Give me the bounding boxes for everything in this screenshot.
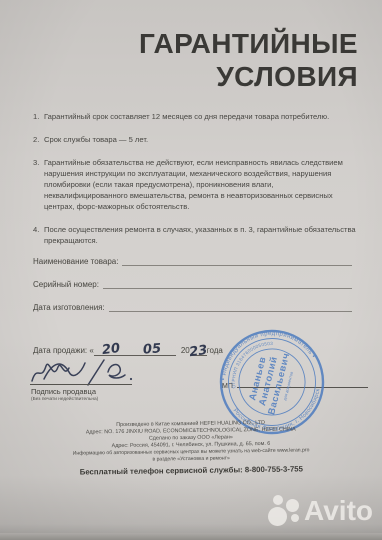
manufacturer-info: Произведено в Китае компанией HEFEI HUAL… (8, 418, 375, 477)
term-text: Гарантийные обязательства не действуют, … (44, 157, 359, 212)
avito-watermark: Avito (268, 494, 373, 527)
term-item-4: 4. После осуществления ремонта в случаях… (33, 224, 359, 246)
avito-logo-icon (268, 494, 301, 527)
avito-watermark-text: Avito (304, 497, 373, 525)
handwritten-year: 23 (189, 345, 209, 359)
title-line-2: УСЛОВИЯ (40, 60, 358, 93)
warranty-terms-list: 1. Гарантийный срок составляет 12 месяце… (33, 111, 359, 258)
term-number: 2. (33, 134, 44, 145)
paper-bottom-edge (0, 533, 382, 540)
signature-note: (Без печати недействительна) (31, 397, 98, 402)
blank-line (103, 280, 352, 289)
field-sale-date: Дата продажи: « 20 05 20 23 года (33, 340, 223, 356)
handwritten-month: 05 (142, 343, 161, 356)
term-text: После осуществления ремонта в случаях, у… (44, 224, 359, 246)
term-text: Срок службы товара — 5 лет. (44, 134, 359, 145)
field-product-name: Наименование товара: (33, 257, 352, 266)
field-label: Дата изготовления: (33, 303, 105, 312)
blank-line (109, 303, 352, 312)
handwritten-day: 20 (101, 343, 120, 357)
signature-line (30, 384, 132, 385)
page-title: ГАРАНТИЙНЫЕ УСЛОВИЯ (40, 27, 358, 93)
term-item-2: 2. Срок службы товара — 5 лет. (33, 134, 359, 145)
term-number: 1. (33, 111, 44, 122)
sale-date-label: Дата продажи: « (33, 346, 94, 356)
field-manufacture-date: Дата изготовления: (33, 303, 352, 312)
sale-date-month-blank: 05 (128, 343, 176, 356)
sale-date-year-blank: 23 (190, 343, 207, 356)
term-text: Гарантийный срок составляет 12 месяцев с… (44, 111, 359, 122)
term-number: 4. (33, 224, 44, 246)
warranty-document-photo: ГАРАНТИЙНЫЕ УСЛОВИЯ 1. Гарантийный срок … (0, 0, 382, 540)
signature-label: Подпись продавца (31, 387, 96, 396)
blank-line (122, 257, 352, 266)
field-label: Наименование товара: (33, 257, 118, 266)
term-number: 3. (33, 157, 44, 212)
title-line-1: ГАРАНТИЙНЫЕ (40, 27, 358, 60)
form-fields: Наименование товара: Серийный номер: Дат… (33, 257, 352, 326)
term-item-1: 1. Гарантийный срок составляет 12 месяце… (33, 111, 359, 122)
field-serial-number: Серийный номер: (33, 280, 352, 289)
service-phone: Бесплатный телефон сервисной службы: 8-8… (8, 463, 374, 477)
field-label: Серийный номер: (33, 280, 99, 289)
sale-date-day-blank: 20 (94, 343, 128, 356)
term-item-3: 3. Гарантийные обязательства не действую… (33, 157, 359, 212)
